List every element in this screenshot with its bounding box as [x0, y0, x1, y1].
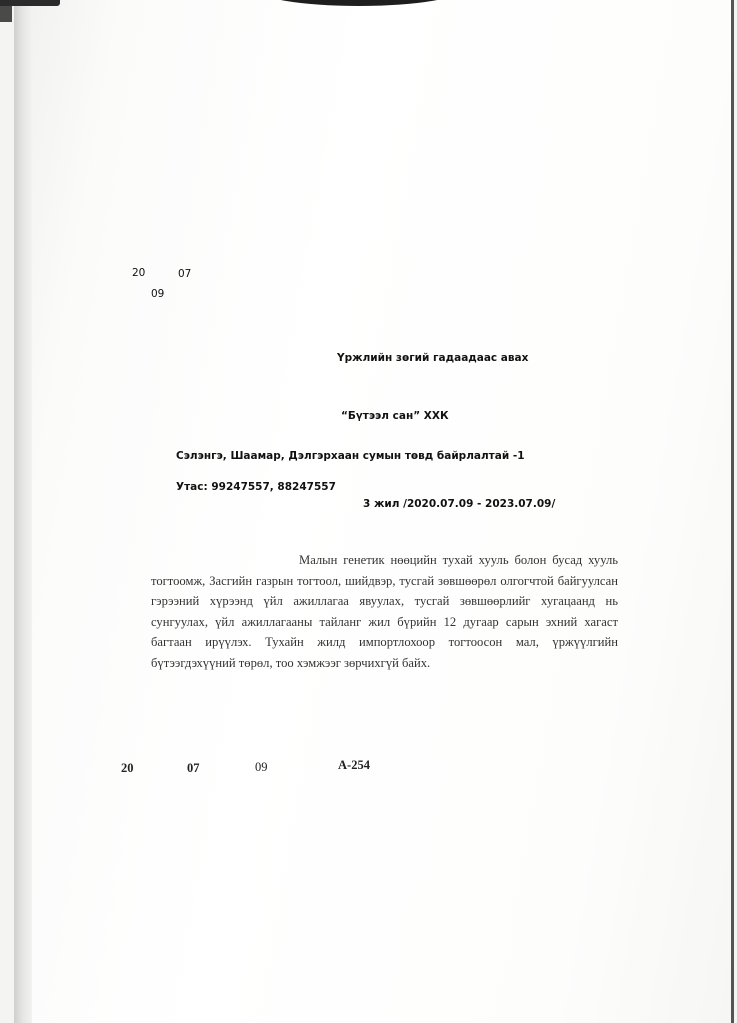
page-shadow — [14, 0, 32, 1023]
footer-year: 20 — [121, 761, 134, 776]
company-name: “Бүтээл сан” ХХК — [341, 410, 449, 422]
company-phone: Утас: 99247557, 88247557 — [176, 481, 336, 493]
issue-day: 09 — [151, 288, 164, 300]
photo-background-top — [0, 0, 60, 6]
document-page: 20 07 09 Үржлийн зөгий гадаадаас авах “Б… — [14, 0, 734, 1023]
issue-year: 20 — [132, 267, 145, 279]
document-title: Үржлийн зөгий гадаадаас авах — [337, 352, 528, 364]
document-number: A-254 — [338, 758, 370, 773]
photo-shadow-top — [254, 0, 464, 6]
footer-day: 09 — [255, 760, 268, 775]
issue-month: 07 — [178, 268, 191, 280]
company-address: Сэлэнгэ, Шаамар, Дэлгэрхаан сумын төвд б… — [176, 450, 525, 462]
footer-month: 07 — [187, 761, 200, 776]
validity-period: 3 жил /2020.07.09 - 2023.07.09/ — [363, 498, 555, 510]
page-edge — [731, 0, 734, 1023]
conditions-paragraph: Малын генетик нөөцийн тухай хууль болон … — [151, 550, 618, 673]
